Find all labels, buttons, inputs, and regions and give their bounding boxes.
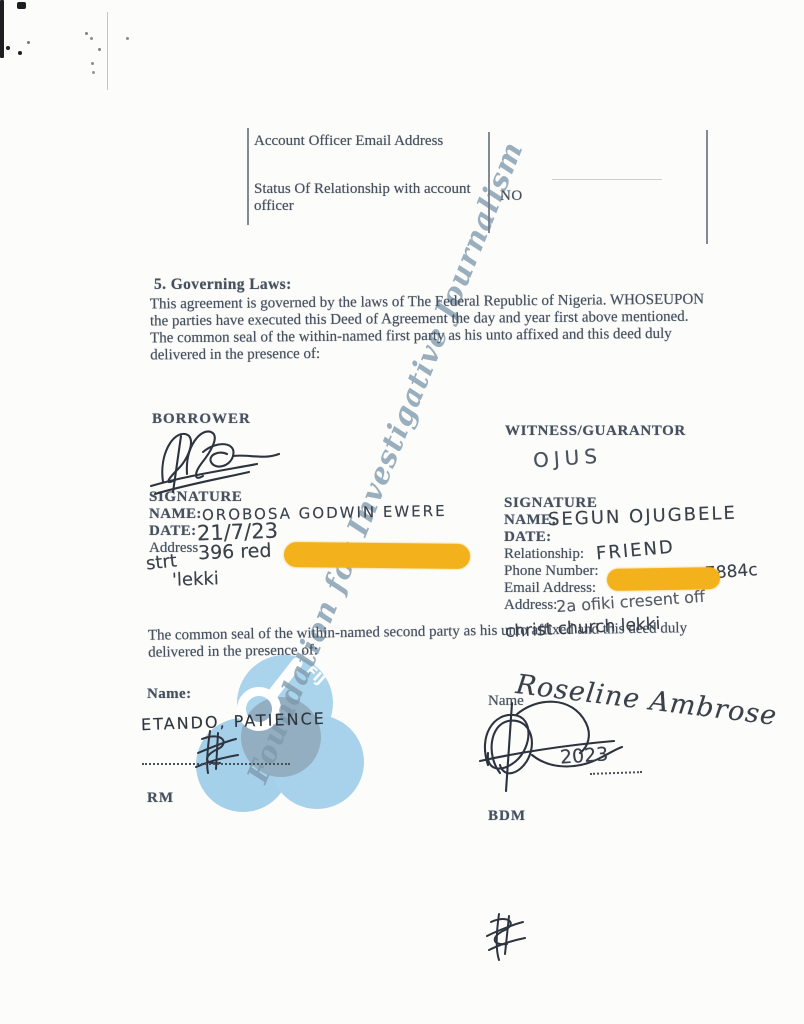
witness-relationship-handwritten: FRIEND	[595, 537, 675, 565]
left-witness-name-label: Name:	[147, 686, 191, 703]
table-border-middle	[488, 132, 490, 233]
scan-speck	[90, 37, 93, 40]
borrower-address-extra2-handwritten: 'lekki	[172, 568, 220, 591]
highlighter-redaction-address	[284, 542, 470, 569]
scan-noise-dash	[552, 179, 662, 180]
section-heading: 5. Governing Laws:	[154, 276, 292, 293]
scan-speck	[126, 37, 129, 40]
borrower-name-label: NAME:	[149, 506, 202, 523]
borrower-address-handwritten: 396 red	[198, 540, 272, 565]
table-border-left	[247, 128, 249, 225]
scanned-deed-document: Foundation for Investigative Journalism …	[0, 0, 804, 1024]
governing-paragraph: This agreement is governed by the laws o…	[150, 292, 705, 365]
witness-heading: WITNESS/GUARANTOR	[505, 423, 686, 440]
witness-date-label: DATE:	[504, 529, 552, 546]
bdm-signature-year-handwritten: 2023	[559, 743, 609, 768]
table-row-value: NO	[500, 188, 523, 205]
scan-edge-mark	[0, 0, 4, 58]
table-row-label: Account Officer Email Address	[254, 133, 443, 150]
table-border-right	[706, 130, 708, 244]
scan-speck	[17, 2, 26, 9]
table-row-label: Status Of Relationship with account offi…	[254, 181, 480, 215]
borrower-signature-scribble	[145, 424, 305, 496]
left-signature-dotted-line	[142, 763, 290, 765]
scan-line	[107, 12, 108, 90]
left-witness-role: RM	[147, 790, 174, 807]
right-witness-role: BDM	[488, 808, 526, 825]
witness-signature-scrawl: OJUS	[532, 444, 602, 473]
witness-address-label: Address:	[504, 597, 557, 614]
scan-speck	[85, 32, 88, 35]
paragraph-line: delivered in the presence of:	[150, 343, 704, 365]
bottom-initials-scribble	[477, 908, 527, 966]
scan-speck	[92, 71, 95, 74]
borrower-date-label: DATE:	[149, 523, 197, 540]
scan-speck	[27, 41, 30, 44]
left-witness-initials-scribble	[188, 727, 242, 777]
scan-speck	[98, 48, 101, 51]
witness-relationship-label: Relationship:	[504, 546, 584, 563]
highlighter-redaction-phone	[607, 567, 720, 591]
witness-phone-label: Phone Number:	[504, 563, 599, 580]
scan-speck	[6, 46, 10, 50]
scan-speck	[91, 62, 94, 65]
scan-speck	[18, 51, 22, 55]
